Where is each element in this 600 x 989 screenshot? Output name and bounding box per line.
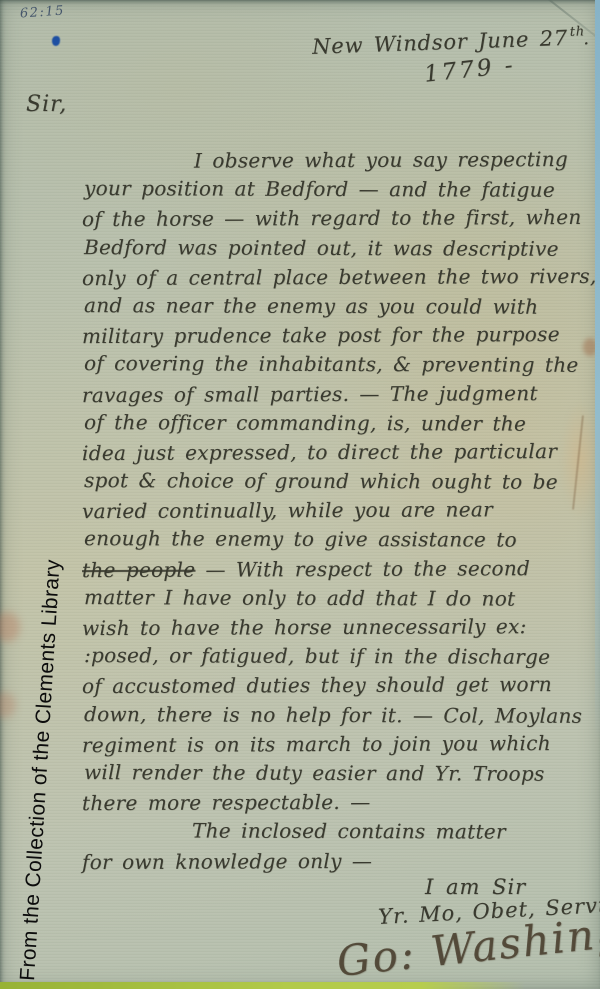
letter-line: The inclosed contains matter bbox=[84, 816, 598, 847]
blue-ink-dot bbox=[52, 36, 60, 46]
letter-line: there more respectable. — bbox=[82, 787, 598, 818]
collection-watermark: From the Collection of the Clements Libr… bbox=[16, 559, 66, 982]
letter-line: idea just expressed, to direct the parti… bbox=[82, 437, 598, 468]
catalog-number: 62:15 bbox=[20, 3, 66, 21]
letter-line: of the horse — with regard to the first,… bbox=[82, 203, 598, 234]
letter-line: varied continually, while you are near bbox=[82, 495, 598, 526]
letter-scan: From the Collection of the Clements Libr… bbox=[0, 0, 600, 989]
letter-line: down, there is no help for it. — Col, Mo… bbox=[84, 700, 598, 731]
paper-stain bbox=[0, 692, 16, 718]
letter-line: of accustomed duties they should get wor… bbox=[82, 670, 598, 701]
letter-line: ravages of small parties. — The judgment bbox=[82, 378, 598, 409]
letter-line: Bedford was pointed out, it was descript… bbox=[84, 233, 598, 264]
letter-body: I observe what you say respecting your p… bbox=[82, 146, 598, 876]
letter-line: of covering the inhabitants, & preventin… bbox=[84, 349, 598, 380]
closing-i-am-sir: I am Sir bbox=[425, 875, 526, 899]
letter-line-rest: — With respect to the second bbox=[195, 556, 530, 581]
struck-text: the people bbox=[82, 557, 195, 581]
letter-line: only of a central place between the two … bbox=[82, 262, 598, 293]
dateline-year: 1779 - bbox=[423, 52, 517, 87]
letter-line: military prudence take post for the purp… bbox=[82, 320, 598, 351]
letter-line: wish to have the horse unnecessarily ex: bbox=[82, 612, 598, 643]
dateline-day-suffix: th bbox=[569, 24, 585, 40]
letter-line: of the officer commanding, is, under the bbox=[84, 408, 598, 439]
letter-line: will render the duty easier and Yr. Troo… bbox=[84, 758, 598, 789]
letter-line: I observe what you say respecting bbox=[82, 145, 598, 176]
letter-line: :posed, or fatigued, but if in the disch… bbox=[84, 641, 598, 672]
salutation: Sir, bbox=[26, 92, 67, 117]
paper-stain bbox=[0, 612, 20, 642]
letter-line: matter I have only to add that I do not bbox=[84, 583, 598, 614]
letter-line: and as near the enemy as you could with bbox=[84, 291, 598, 322]
dateline-place-day: New Windsor June 27 bbox=[312, 26, 569, 59]
letter-line: spot & choice of ground which ought to b… bbox=[84, 466, 598, 497]
letter-line-with-strikethrough: the people — With respect to the second bbox=[82, 553, 598, 584]
letter-line: regiment is on its march to join you whi… bbox=[82, 729, 598, 760]
dateline: New Windsor June 27th. bbox=[312, 25, 590, 59]
letter-line: for own knowledge only — bbox=[82, 845, 598, 876]
bottom-green-border bbox=[0, 982, 525, 989]
letter-line: enough the enemy to give assistance to bbox=[84, 525, 598, 556]
letter-line: your position at Bedford — and the fatig… bbox=[84, 174, 598, 205]
